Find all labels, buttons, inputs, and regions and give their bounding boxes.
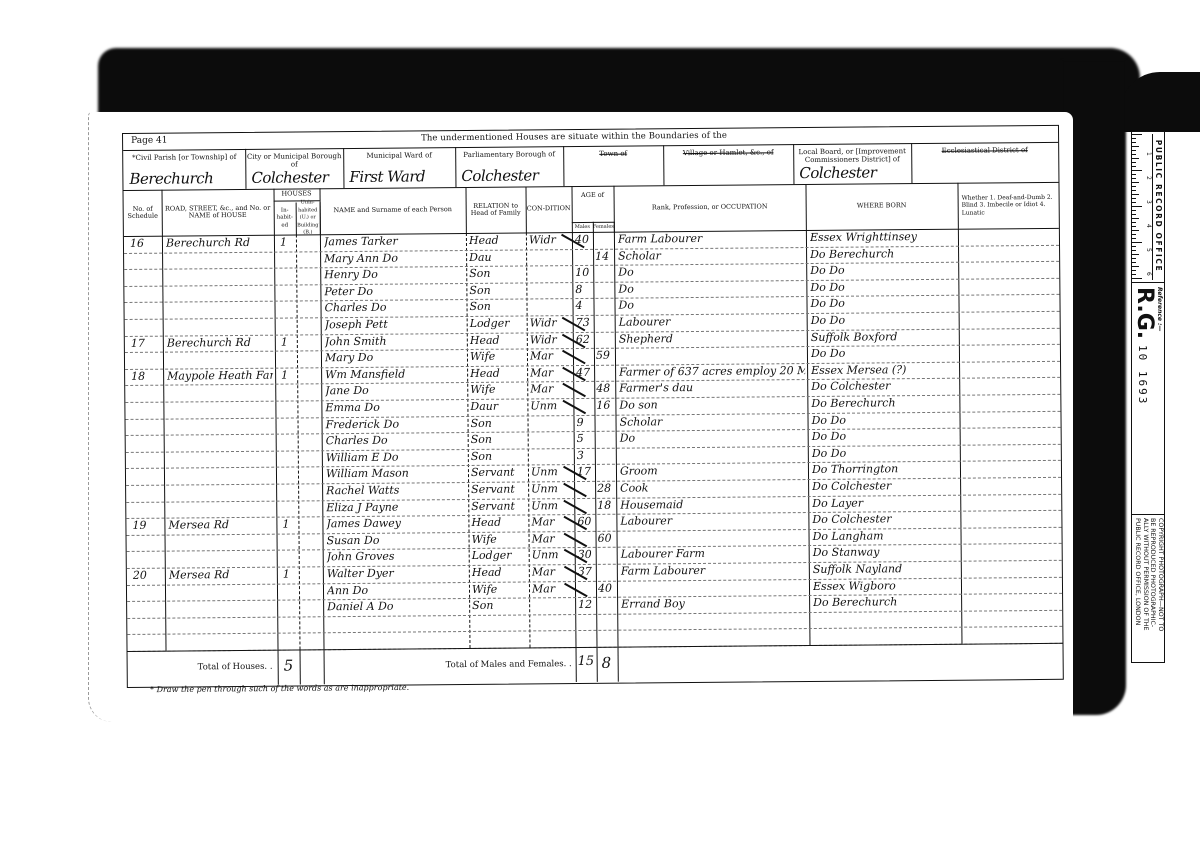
totals-row: Total of Houses. . 5 Total of Males and … xyxy=(128,643,1063,686)
entry-male-age: 10 xyxy=(575,266,593,279)
entry-occupation: Shepherd xyxy=(619,331,805,346)
district-field: Municipal Ward ofFirst Ward xyxy=(343,147,456,188)
entry-where-born: Suffolk Nayland xyxy=(813,562,959,576)
entry-occupation xyxy=(619,347,805,349)
reference-label: Reference :— xyxy=(1156,287,1163,331)
district-label: Local Board, or [Improvement Commissione… xyxy=(793,147,911,164)
district-label: Town of xyxy=(563,149,663,158)
entry-occupation: Do son xyxy=(619,397,805,412)
entry-where-born: Do Do xyxy=(810,296,956,310)
entry-male-age: 4 xyxy=(575,299,593,312)
district-label: Village or Hamlet, &c., of xyxy=(663,148,793,157)
district-field: *Civil Parish [or Township] ofBerechurch xyxy=(123,149,246,190)
entry-schedule: 16 xyxy=(130,237,160,250)
copyright-notice: COPYRIGHT PHOTOGRAPH—NOT TOBE REPRODUCED… xyxy=(1132,514,1164,664)
entry-occupation: Do xyxy=(618,297,804,312)
district-field: Ecclesiastical District of xyxy=(911,142,1058,183)
entry-occupation xyxy=(620,447,806,449)
entry-name: Rachel Watts xyxy=(326,483,466,497)
entry-name: Frederick Do xyxy=(325,417,465,431)
entry-relation: Son xyxy=(469,267,525,280)
entry-relation: Head xyxy=(469,233,525,246)
entry-name: Mary Do xyxy=(325,350,465,364)
entry-occupation: Groom xyxy=(620,463,806,478)
entry-schedule: 19 xyxy=(132,519,162,532)
entry-name: William Mason xyxy=(326,466,466,480)
entry-occupation: Do xyxy=(618,264,804,279)
entry-where-born: Do Berechurch xyxy=(811,396,957,410)
entry-relation: Servant xyxy=(471,482,527,495)
entry-occupation: Housemaid xyxy=(620,497,806,512)
census-entries: 16Berechurch Rd1James TarkerHeadWidr40Fa… xyxy=(124,228,1063,651)
entry-female-age: 59 xyxy=(596,349,614,362)
entry-female-age: 48 xyxy=(596,382,614,395)
entry-female-age: 14 xyxy=(595,249,613,262)
entry-road: Mersea Rd xyxy=(168,518,274,532)
entry-road xyxy=(166,252,272,253)
entry-where-born: Do Stanway xyxy=(813,545,959,559)
district-value: Colchester xyxy=(799,163,876,182)
measurement-scale: 123456 xyxy=(1132,134,1153,280)
entry-where-born: Do Do xyxy=(810,280,956,294)
entry-relation: Lodger xyxy=(472,549,528,562)
scale-cm-label: 1 xyxy=(1145,152,1152,156)
entry-name: James Dawey xyxy=(326,516,466,530)
header-title: The undermentioned Houses are situate wi… xyxy=(421,131,727,144)
district-label: *Civil Parish [or Township] of xyxy=(123,153,245,162)
copyright-line: ALLY WITHOUT PERMISSION OF THE xyxy=(1141,518,1149,664)
entry-name: Charles Do xyxy=(326,433,466,447)
piece-number: 10 1693 xyxy=(1136,345,1149,405)
entry-road xyxy=(166,285,272,286)
col-schedule: No. of Schedule xyxy=(123,190,162,236)
scale-cm-label: 4 xyxy=(1145,224,1152,228)
entry-relation: Son xyxy=(469,283,525,296)
entry-name: Eliza J Payne xyxy=(326,500,466,514)
entry-occupation: Labourer xyxy=(619,314,805,329)
entry-female-age: 16 xyxy=(596,399,614,412)
entry-road xyxy=(169,601,275,602)
entry-road xyxy=(168,501,274,502)
scale-cm-label: 3 xyxy=(1145,200,1152,204)
district-label: Parliamentary Borough of xyxy=(455,150,563,159)
col-occupation: Rank, Profession, or OCCUPATION xyxy=(613,184,806,232)
col-condition: CON-DITION xyxy=(525,186,572,232)
district-value: Colchester xyxy=(251,168,328,187)
col-relation: RELATION to Head of Family xyxy=(465,186,526,233)
series-code: R.G. xyxy=(1132,287,1156,339)
copyright-line: PUBLIC RECORD OFFICE, LONDON xyxy=(1134,518,1142,664)
entry-schedule: 20 xyxy=(133,569,163,582)
entry-occupation: Do xyxy=(618,281,804,296)
entry-name: Henry Do xyxy=(324,267,464,281)
entry-male-age: 9 xyxy=(576,415,594,428)
entry-relation: Wife xyxy=(470,383,526,396)
total-houses-value: 5 xyxy=(284,657,294,675)
entry-where-born: Essex Wigboro xyxy=(813,578,959,592)
entry-road xyxy=(167,352,273,353)
entry-road xyxy=(168,468,274,469)
entry-occupation xyxy=(621,580,807,582)
entry-where-born: Essex Mersea (?) xyxy=(811,363,957,377)
entry-where-born: Do Do xyxy=(811,346,957,360)
entry-relation: Son xyxy=(471,433,527,446)
entry-where-born: Do Berechurch xyxy=(813,595,959,609)
entry-relation: Wife xyxy=(472,532,528,545)
entry-name: Walter Dyer xyxy=(327,566,467,580)
district-value: Berechurch xyxy=(129,169,213,188)
census-form: Page 41 The undermentioned Houses are si… xyxy=(122,125,1064,688)
entry-where-born: Do Do xyxy=(810,263,956,277)
entry-where-born: Do Do xyxy=(812,429,958,443)
reference-strip: PUBLIC RECORD OFFICE 123456 Reference :—… xyxy=(1131,131,1165,663)
entry-relation: Son xyxy=(469,300,525,313)
entry-relation: Head xyxy=(472,565,528,578)
entry-female-age: 40 xyxy=(598,581,616,594)
entry-inhabited: 1 xyxy=(281,368,295,381)
page-number: Page 41 xyxy=(131,136,168,146)
entry-male-age: 5 xyxy=(577,432,595,445)
entry-relation: Head xyxy=(470,333,526,346)
entry-road: Berechurch Rd xyxy=(167,335,273,349)
entry-road xyxy=(168,435,274,436)
entry-name: Charles Do xyxy=(324,300,464,314)
entry-road xyxy=(168,485,274,486)
entry-name: Ann Do xyxy=(327,583,467,597)
entry-occupation: Farmer of 637 acres employ 20 Men 7 boys xyxy=(619,364,805,379)
copyright-line: COPYRIGHT PHOTOGRAPH—NOT TO xyxy=(1156,518,1164,664)
entry-where-born: Do Colchester xyxy=(812,479,958,493)
entry-road xyxy=(167,402,273,403)
district-field: City or Municipal Borough ofColchester xyxy=(245,148,344,189)
entry-name: William E Do xyxy=(326,450,466,464)
entry-name: John Groves xyxy=(327,549,467,563)
reference-box: Reference :— R.G. 10 1693 xyxy=(1132,282,1164,443)
entry-inhabited: 1 xyxy=(282,518,296,531)
entry-male-age: 8 xyxy=(575,283,593,296)
scale-cm-label: 6 xyxy=(1145,272,1152,276)
entry-where-born: Do Colchester xyxy=(812,512,958,526)
entry-female-age: 60 xyxy=(597,532,615,545)
entry-road xyxy=(167,418,273,419)
entry-road xyxy=(166,302,272,303)
entry-relation: Son xyxy=(472,599,528,612)
entry-occupation xyxy=(620,530,806,532)
entry-name: Mary Ann Do xyxy=(324,251,464,265)
entry-inhabited: 1 xyxy=(281,335,295,348)
entry-where-born: Suffolk Boxford xyxy=(811,329,957,343)
entry-road: Mersea Rd xyxy=(169,568,275,582)
record-office-label: PUBLIC RECORD OFFICE xyxy=(1153,134,1163,278)
entry-female-age: 28 xyxy=(597,482,615,495)
entry-where-born: Do Layer xyxy=(812,495,958,509)
entry-where-born: Essex Wrighttinsey xyxy=(810,230,956,244)
entry-name: Daniel A Do xyxy=(327,599,467,613)
entry-occupation: Farm Labourer xyxy=(621,563,807,578)
col-infirmity: Whether 1. Deaf-and-Dumb 2. Blind 3. Imb… xyxy=(957,182,1062,229)
entry-female-age: 18 xyxy=(597,498,615,511)
entry-road xyxy=(169,534,275,535)
col-name: NAME and Surname of each Person xyxy=(319,187,466,234)
entry-relation: Head xyxy=(470,366,526,379)
entry-where-born: Do Do xyxy=(812,446,958,460)
entry-occupation: Scholar xyxy=(619,414,805,429)
entry-occupation: Scholar xyxy=(618,248,804,263)
entry-where-born: Do Colchester xyxy=(811,379,957,393)
total-males-value: 15 xyxy=(578,654,595,669)
entry-road xyxy=(166,269,272,270)
district-label: City or Municipal Borough of xyxy=(245,152,343,169)
entry-occupation: Errand Boy xyxy=(621,596,807,611)
total-females-value: 8 xyxy=(602,654,612,672)
entry-male-age: 3 xyxy=(577,449,595,462)
entry-name: Peter Do xyxy=(324,284,464,298)
entry-relation: Daur xyxy=(470,399,526,412)
district-field: Town of xyxy=(563,145,664,186)
entry-relation: Lodger xyxy=(470,316,526,329)
total-persons-label: Total of Males and Females. . xyxy=(446,659,572,670)
entry-road: Maypole Heath Farm xyxy=(167,368,273,382)
entry-occupation: Farmer's dau xyxy=(619,380,805,395)
col-uninhabited: Unin-habited (U.) or Building (B.) xyxy=(296,202,321,234)
district-label: Municipal Ward of xyxy=(343,151,455,160)
entry-inhabited: 1 xyxy=(280,236,294,249)
district-value: First Ward xyxy=(349,167,425,186)
entry-road xyxy=(167,385,273,386)
district-field: Village or Hamlet, &c., of xyxy=(663,144,794,185)
entry-relation: Son xyxy=(470,416,526,429)
entry-name: Wm Mansfield xyxy=(325,367,465,381)
entry-relation: Dau xyxy=(469,250,525,263)
entry-relation: Servant xyxy=(471,466,527,479)
entry-name: Jane Do xyxy=(325,383,465,397)
entry-male-age: 12 xyxy=(578,598,596,611)
total-houses-label: Total of Houses. . xyxy=(198,662,273,673)
entry-where-born: Do Berechurch xyxy=(810,246,956,260)
entry-schedule: 17 xyxy=(131,336,161,349)
entry-where-born: Do Thorrington xyxy=(812,462,958,476)
entry-occupation: Farm Labourer xyxy=(618,231,804,246)
entry-road xyxy=(168,451,274,452)
entry-name: Emma Do xyxy=(325,400,465,414)
scale-cm-label: 5 xyxy=(1145,248,1152,252)
col-road: ROAD, STREET, &c., and No. or NAME of HO… xyxy=(161,189,274,236)
district-field: Local Board, or [Improvement Commissione… xyxy=(793,143,912,184)
entry-where-born: Do Do xyxy=(811,313,957,327)
entry-road xyxy=(167,319,273,320)
entry-relation: Head xyxy=(471,516,527,529)
entry-occupation: Labourer xyxy=(620,513,806,528)
entry-relation: Wife xyxy=(470,350,526,363)
entry-where-born: Do Do xyxy=(811,412,957,426)
entry-name: Joseph Pett xyxy=(325,317,465,331)
scan-shadow-top xyxy=(98,48,1140,114)
entry-relation: Son xyxy=(471,449,527,462)
scale-cm-label: 2 xyxy=(1145,176,1152,180)
entry-occupation: Labourer Farm xyxy=(621,546,807,561)
entry-schedule: 18 xyxy=(131,369,161,382)
entry-relation: Servant xyxy=(471,499,527,512)
district-label: Ecclesiastical District of xyxy=(911,146,1058,155)
entry-occupation: Do xyxy=(620,430,806,445)
entry-road xyxy=(169,551,275,552)
entry-occupation: Cook xyxy=(620,480,806,495)
entry-name: James Tarker xyxy=(324,234,464,248)
entry-where-born: Do Langham xyxy=(812,529,958,543)
col-inhabited: In-habit-ed xyxy=(274,202,297,234)
entry-road: Berechurch Rd xyxy=(166,236,272,250)
district-value: Colchester xyxy=(461,166,538,185)
entry-name: Susan Do xyxy=(327,533,467,547)
entry-relation: Wife xyxy=(472,582,528,595)
entry-road xyxy=(169,584,275,585)
col-where-born: WHERE BORN xyxy=(805,183,958,230)
entry-name: John Smith xyxy=(325,334,465,348)
district-field: Parliamentary Borough ofColchester xyxy=(455,146,564,187)
copyright-line: BE REPRODUCED PHOTOGRAPHIC- xyxy=(1149,518,1157,664)
entry-inhabited: 1 xyxy=(283,567,297,580)
